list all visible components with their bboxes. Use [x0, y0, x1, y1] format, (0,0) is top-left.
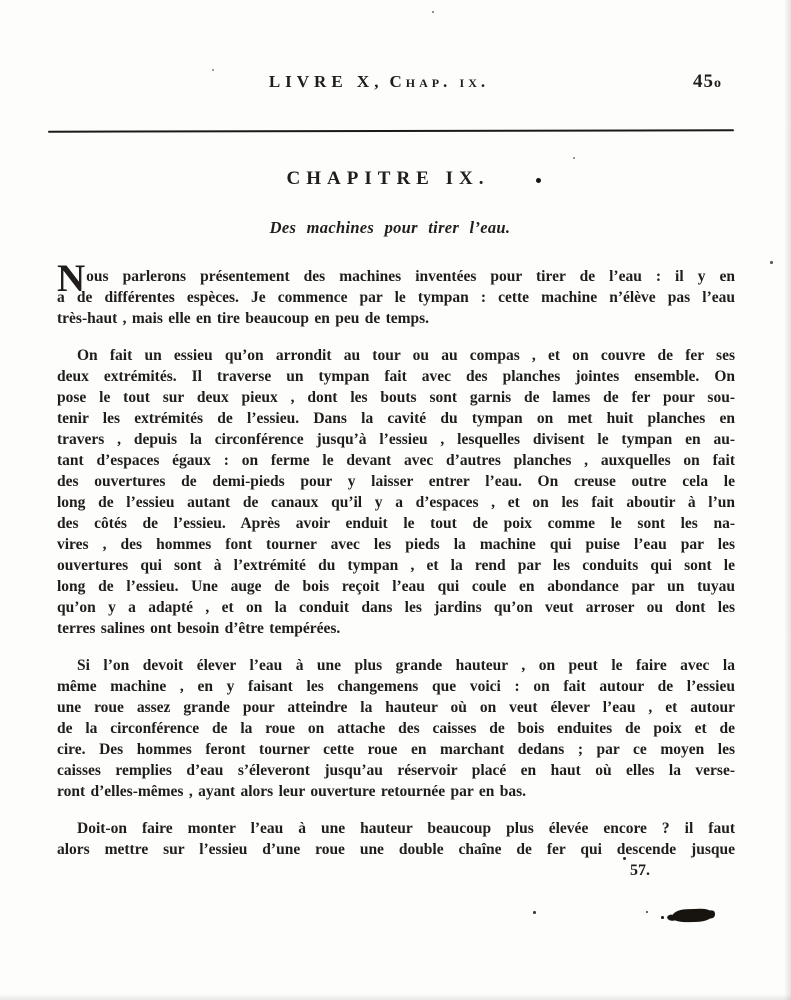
header-rule [48, 129, 734, 133]
text-line: ouvertures qui sont à l’extrémité du tym… [57, 555, 735, 576]
text-line: travers , depuis la circonférence jusqu’… [57, 429, 735, 450]
paper-speck [432, 11, 434, 13]
paper-speck [573, 157, 575, 159]
signature-mark: 57. [630, 862, 650, 880]
text-line: On fait un essieu qu’on arrondit au tour… [57, 345, 735, 366]
paragraph: Nous parlerons présentement des machines… [57, 266, 735, 329]
text-line: une roue assez grande pour atteindre la … [57, 697, 735, 718]
text-line: très-haut , mais elle en tire beaucoup e… [57, 308, 735, 329]
ink-dot [536, 178, 541, 183]
page-number: 45o [693, 71, 722, 93]
chapter-subtitle: Des machines pour tirer l’eau. [51, 218, 729, 238]
scan-edge-shadow-bottom [0, 994, 791, 1000]
paper-speck [661, 916, 664, 919]
page-number-digits: 45 [693, 71, 714, 92]
text-line: Si l’on devoit élever l’eau à une plus g… [57, 655, 735, 676]
paragraph: Si l’on devoit élever l’eau à une plus g… [57, 655, 735, 802]
paper-speck [533, 911, 536, 914]
text-line: long de l’essieu. Une auge de bois reçoi… [57, 576, 735, 597]
running-head-book-title: LIVRE X, [269, 72, 384, 91]
text-line: des côtés de l’essieu. Après avoir endui… [57, 513, 735, 534]
text-line: tant d’espaces égaux : on ferme le devan… [57, 450, 735, 471]
text-line: deux extrémités. Il traverse un tympan f… [57, 366, 735, 387]
paper-speck [623, 857, 626, 860]
running-head-chapter: Chap. ix. [389, 72, 489, 91]
text-line: a de différentes espèces. Je commence pa… [57, 287, 735, 308]
paragraph: Doit-on faire monter l’eau à une hauteur… [57, 818, 735, 860]
body-text: Nous parlerons présentement des machines… [57, 266, 735, 860]
text-line: Doit-on faire monter l’eau à une hauteur… [57, 818, 735, 839]
text-line: vires , des hommes font tourner avec les… [57, 534, 735, 555]
ink-blot [672, 908, 713, 922]
text-line: même machine , en y faisant les changeme… [57, 676, 735, 697]
chapter-heading: CHAPITRE IX. [49, 168, 727, 190]
text-line: Nous parlerons présentement des machines… [57, 266, 735, 287]
text-line: cire. Des hommes feront tourner cette ro… [57, 739, 735, 760]
text-line: tenir les extrémités de l’essieu. Dans l… [57, 408, 735, 429]
page-number-oldstyle-zero: o [714, 76, 722, 91]
running-head: LIVRE X,Chap. ix. [40, 72, 718, 92]
paper-speck [770, 261, 773, 264]
scan-edge-shadow-right [784, 0, 791, 1000]
text-line: pose le tout sur deux pieux , dont les b… [57, 387, 735, 408]
text-line: terres salines ont besoin d’être tempéré… [57, 618, 735, 639]
paper-speck [646, 911, 648, 913]
text-line: des ouvertures de demi-pieds pour y lais… [57, 471, 735, 492]
text-line: de la circonférence de la roue on attach… [57, 718, 735, 739]
text-line: long de l’essieu autant de canaux qu’il … [57, 492, 735, 513]
paper-speck [212, 69, 214, 71]
paragraph: On fait un essieu qu’on arrondit au tour… [57, 345, 735, 639]
text-line: ront d’elles-mêmes , ayant alors leur ou… [57, 781, 735, 802]
scanned-book-page: LIVRE X,Chap. ix. 45o CHAPITRE IX. Des m… [0, 0, 791, 1000]
text-line: caisses remplies d’eau s’éleveront jusqu… [57, 760, 735, 781]
text-line: alors mettre sur l’essieu d’une roue une… [57, 839, 735, 860]
text-line: qu’on y a adapté , et on la conduit dans… [57, 597, 735, 618]
